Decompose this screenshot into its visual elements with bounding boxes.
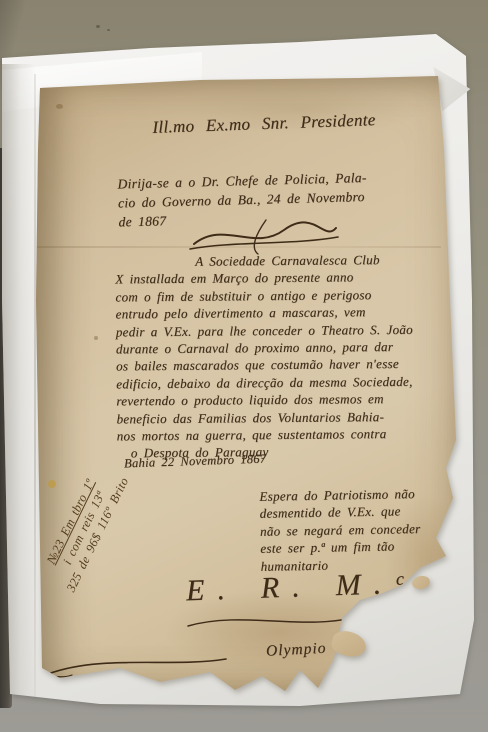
foxing-speck: [56, 104, 63, 109]
torn-paper-fragment: [411, 575, 431, 591]
closing-line: não se negará em conceder: [260, 519, 472, 540]
body-line: edificio, debaixo da direcção da mesma S…: [116, 372, 446, 392]
torn-paper-fragment: [330, 628, 369, 660]
body-line: pedir a V.Ex. para lhe conceder o Theatr…: [116, 320, 446, 340]
background-speck: [96, 25, 100, 28]
valediction-flourish: [184, 608, 364, 634]
background-speck: [107, 29, 110, 31]
aged-paper-sheet: Ill.mo Ex.mo Snr. Presidente Dirija-se a…: [34, 74, 460, 700]
official-rubric-signature: [184, 214, 344, 256]
letter-body: A Sociedade Carnavalesca Club X installa…: [115, 251, 447, 463]
letter-salutation: Ill.mo Ex.mo Snr. Presidente: [130, 109, 399, 138]
foxing-speck: [94, 336, 98, 340]
valediction-erm: E. R. M.ᶜᵉ: [185, 566, 436, 609]
manuscript-page: Ill.mo Ex.mo Snr. Presidente Dirija-se a…: [34, 74, 460, 700]
letter-closing-paragraph: Espera do Patriotismo não desmentido de …: [259, 484, 472, 575]
pen-flourish-stroke: [42, 650, 232, 680]
folder-spine-shadow: [2, 64, 36, 704]
photograph-of-manuscript-letter: Ill.mo Ex.mo Snr. Presidente Dirija-se a…: [0, 0, 488, 732]
